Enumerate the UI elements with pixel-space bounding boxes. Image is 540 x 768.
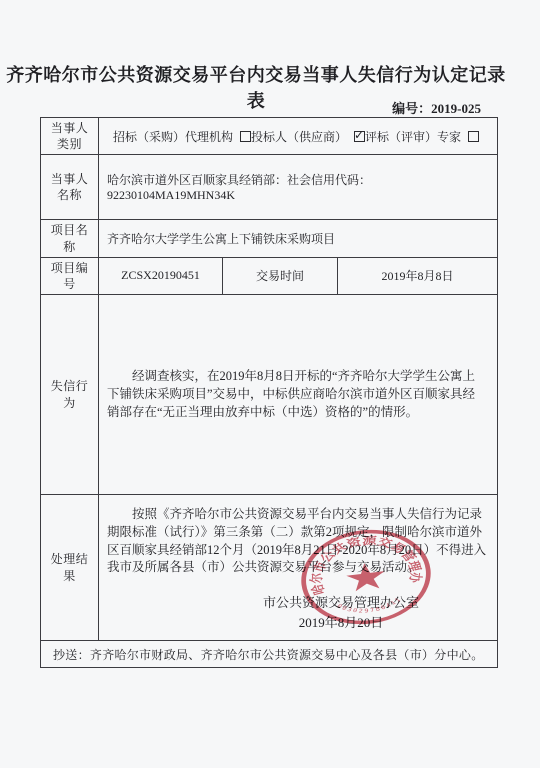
checkbox-bidder-checked-icon [354, 131, 365, 142]
option-agency: 招标（采购）代理机构 [113, 128, 251, 145]
project-number-value: ZCSX20190451 [99, 257, 223, 294]
table-row-party-type: 当事人类别 招标（采购）代理机构 投标人（供应商） 评标（评审）专家 [41, 118, 498, 155]
option-bidder-label: 投标人（供应商） [251, 130, 347, 144]
table-row-handling-result: 处理结果 按照《齐齐哈尔市公共资源交易平台内交易当事人失信行为记录期限标准（试行… [41, 495, 498, 641]
checkbox-agency-icon [240, 131, 251, 142]
table-row-project-name: 项目名称 齐齐哈尔大学学生公寓上下铺铁床采购项目 [41, 220, 498, 257]
checkbox-expert-icon [468, 131, 479, 142]
option-bidder: 投标人（供应商） [251, 128, 365, 145]
table-row-project-number: 项目编号 ZCSX20190451 交易时间 2019年8月8日 [41, 257, 498, 294]
party-type-options: 招标（采购）代理机构 投标人（供应商） 评标（评审）专家 [103, 128, 493, 145]
trade-time-value: 2019年8月8日 [338, 257, 498, 294]
table-row-cc: 抄送：齐齐哈尔市财政局、齐齐哈尔市公共资源交易中心及各县（市）分中心。 [41, 641, 498, 668]
party-name-label: 当事人名称 [41, 155, 99, 220]
signature-date: 2019年8月20日 [231, 613, 451, 633]
party-name-value: 哈尔滨市道外区百顺家具经销部：社会信用代码：92230104MA19MHN34K [103, 171, 493, 203]
option-expert: 评标（评审）专家 [365, 128, 479, 145]
trade-time-label: 交易时间 [223, 257, 338, 294]
signature-org: 市公共资源交易管理办公室 [231, 593, 451, 613]
handling-result-text: 按照《齐齐哈尔市公共资源交易平台内交易当事人失信行为记录期限标准（试行）》第三条… [103, 506, 493, 577]
option-agency-label: 招标（采购）代理机构 [113, 130, 233, 144]
party-type-label: 当事人类别 [41, 118, 99, 155]
project-name-value: 齐齐哈尔大学学生公寓上下铺铁床采购项目 [103, 230, 493, 247]
scanned-document-page: 齐齐哈尔市公共资源交易平台内交易当事人失信行为认定记录表 编号：2019-025… [0, 0, 540, 768]
dishonest-behavior-label: 失信行为 [41, 295, 99, 495]
project-number-label: 项目编号 [41, 257, 99, 294]
table-row-party-name: 当事人名称 哈尔滨市道外区百顺家具经销部：社会信用代码：92230104MA19… [41, 155, 498, 220]
doc-number: 编号：2019-025 [0, 98, 481, 117]
cc-line: 抄送：齐齐哈尔市财政局、齐齐哈尔市公共资源交易中心及各县（市）分中心。 [45, 646, 493, 663]
table-row-dishonest-behavior: 失信行为 经调查核实，在2019年8月8日开标的“齐齐哈尔大学学生公寓上下铺铁床… [41, 295, 498, 495]
option-expert-label: 评标（评审）专家 [365, 130, 461, 144]
dishonest-behavior-text: 经调查核实，在2019年8月8日开标的“齐齐哈尔大学学生公寓上下铺铁床采购项目”… [103, 368, 493, 421]
project-name-label: 项目名称 [41, 220, 99, 257]
handling-result-label: 处理结果 [41, 495, 99, 641]
record-table: 当事人类别 招标（采购）代理机构 投标人（供应商） 评标（评审）专家 当事人名称… [40, 117, 498, 668]
signature-block: 市公共资源交易管理办公室 2019年8月20日 [231, 593, 451, 633]
